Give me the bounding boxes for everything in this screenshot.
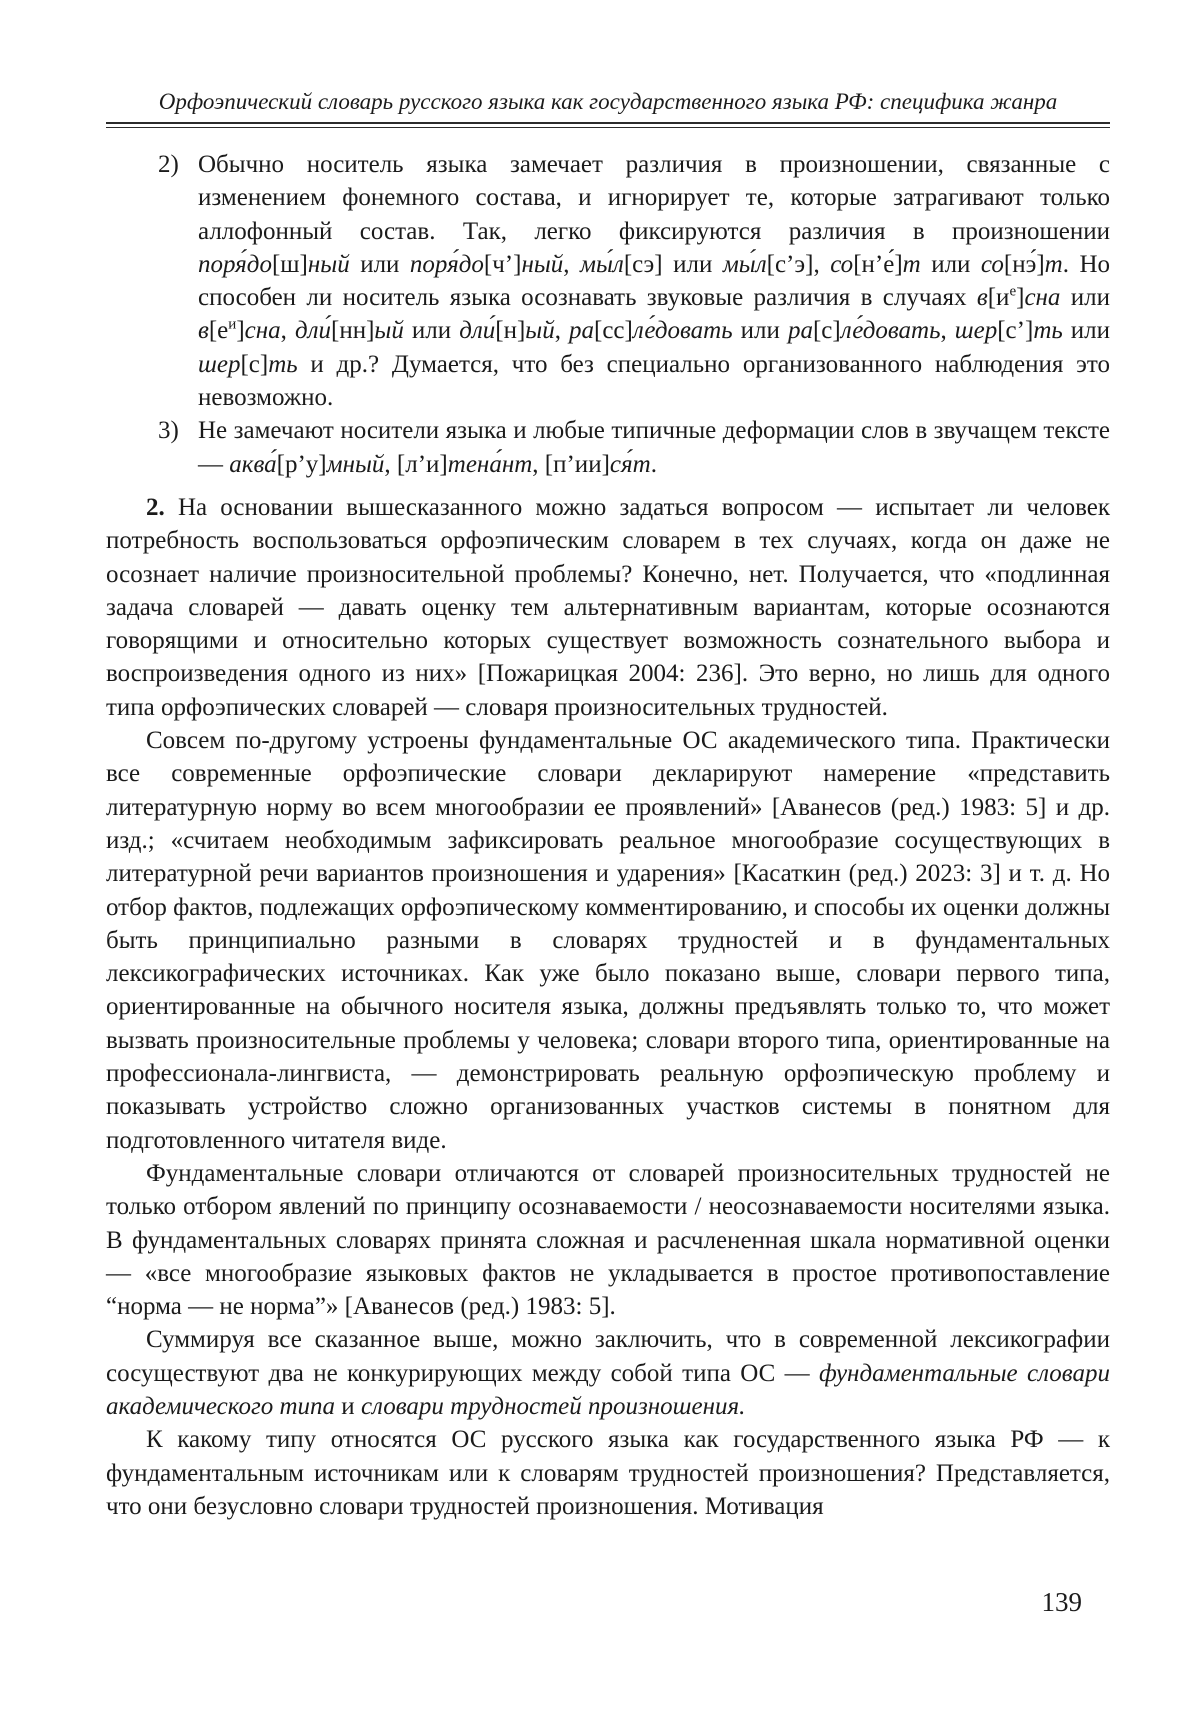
- paragraph-2: Совсем по-другому устроены фундаментальн…: [106, 724, 1110, 1157]
- list-item-3-text: Не замечают носители языка и любые типич…: [198, 414, 1110, 481]
- list-item-2-text: Обычно носитель языка замечает различия …: [198, 148, 1110, 414]
- page-number: 139: [1042, 1586, 1083, 1618]
- document-page: Орфоэпический словарь русского языка как…: [0, 0, 1200, 1710]
- list-item-3: 3) Не замечают носители языка и любые ти…: [106, 414, 1110, 481]
- header-rule: [106, 122, 1110, 128]
- running-header: Орфоэпический словарь русского языка как…: [106, 88, 1110, 116]
- page-content: Орфоэпический словарь русского языка как…: [106, 88, 1110, 1523]
- list-item-3-marker: 3): [158, 414, 179, 447]
- paragraph-4: Суммируя все сказанное выше, можно заклю…: [106, 1323, 1110, 1423]
- paragraph-3: Фундаментальные словари отличаются от сл…: [106, 1157, 1110, 1323]
- document-body: 2) Обычно носитель языка замечает различ…: [106, 148, 1110, 1523]
- list-item-2: 2) Обычно носитель языка замечает различ…: [106, 148, 1110, 414]
- list-item-2-marker: 2): [158, 148, 179, 181]
- paragraph-1: 2. На основании вышесказанного можно зад…: [106, 491, 1110, 724]
- paragraph-5: К какому типу относятся ОС русского язык…: [106, 1423, 1110, 1523]
